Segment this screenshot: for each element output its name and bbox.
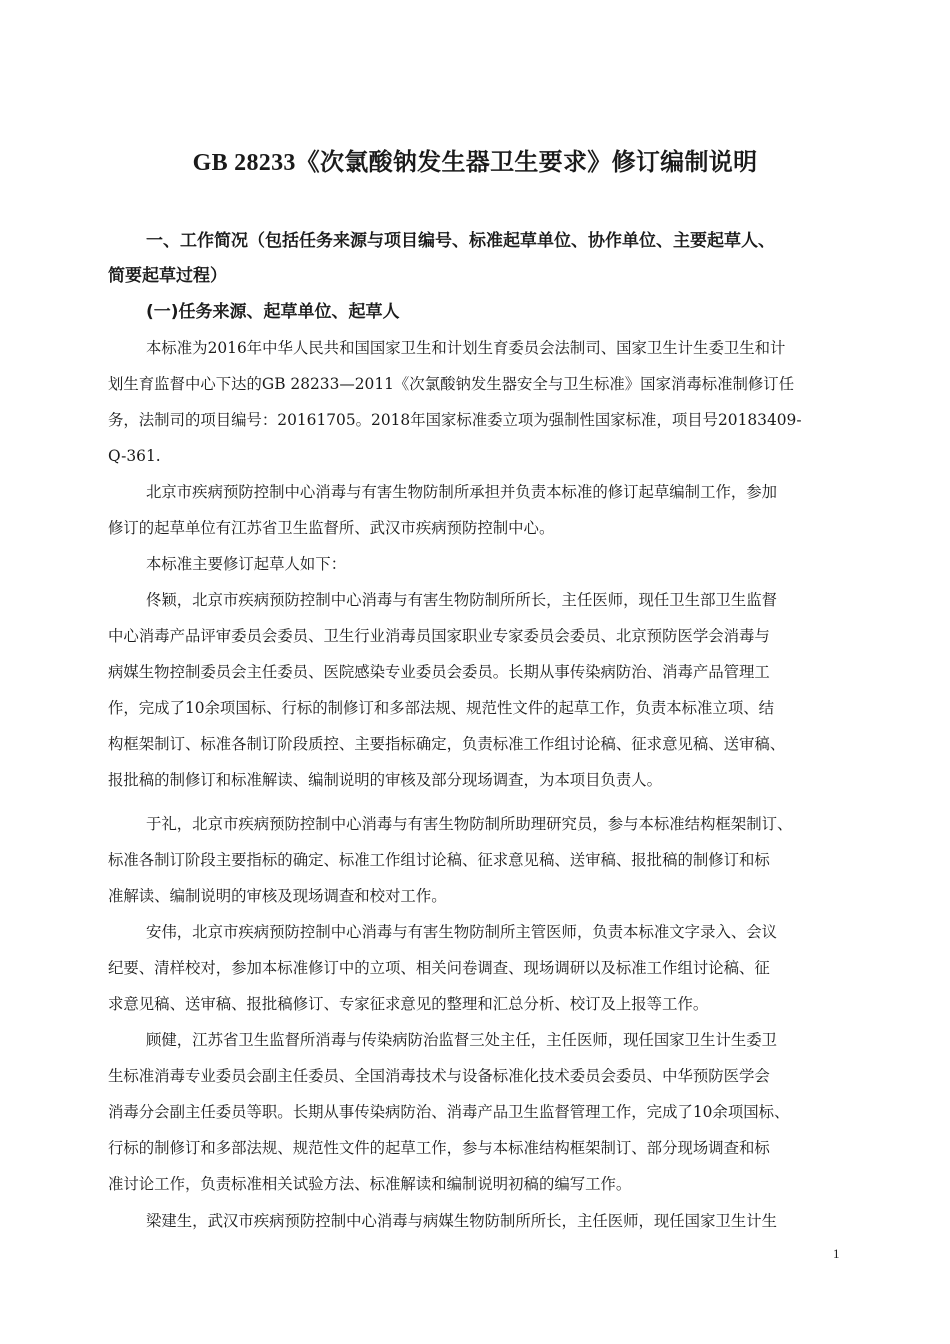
paragraph-line: 作，完成了10余项国标、行标的制修订和多部法规、规范性文件的起草工作，负责本标准… [108, 698, 774, 718]
subsection-heading: (一)任务来源、起草单位、起草人 [146, 302, 400, 322]
paragraph-line: 报批稿的制修订和标准解读、编制说明的审核及部分现场调查，为本项目负责人。 [108, 770, 662, 790]
paragraph-line: 求意见稿、送审稿、报批稿修订、专家征求意见的整理和汇总分析、校订及上报等工作。 [108, 994, 708, 1014]
paragraph-line: 行标的制修订和多部法规、规范性文件的起草工作，参与本标准结构框架制订、部分现场调… [108, 1138, 770, 1158]
paragraph-line: 纪要、清样校对，参加本标准修订中的立项、相关问卷调查、现场调研以及标准工作组讨论… [108, 958, 770, 978]
section-heading-line-2: 简要起草过程） [108, 266, 227, 286]
paragraph-line: 准讨论工作，负责标准相关试验方法、标准解读和编制说明初稿的编写工作。 [108, 1174, 631, 1194]
paragraph-line: 构框架制订、标准各制订阶段质控、主要指标确定，负责标准工作组讨论稿、征求意见稿、… [108, 734, 785, 754]
paragraph-line: 修订的起草单位有江苏省卫生监督所、武汉市疾病预防控制中心。 [108, 518, 554, 538]
paragraph-line: 梁建生，武汉市疾病预防控制中心消毒与病媒生物防制所所长，主任医师，现任国家卫生计… [146, 1211, 777, 1231]
paragraph-line: 佟颖，北京市疾病预防控制中心消毒与有害生物防制所所长，主任医师，现任卫生部卫生监… [146, 590, 777, 610]
paragraph-line: 安伟，北京市疾病预防控制中心消毒与有害生物防制所主管医师，负责本标准文字录入、会… [146, 922, 777, 942]
paragraph-line: 消毒分会副主任委员等职。长期从事传染病防治、消毒产品卫生监督管理工作，完成了10… [108, 1102, 789, 1122]
paragraph-line: 中心消毒产品评审委员会委员、卫生行业消毒员国家职业专家委员会委员、北京预防医学会… [108, 626, 770, 646]
paragraph-line: 本标准主要修订起草人如下： [146, 554, 346, 574]
paragraph-line: 务，法制司的项目编号：20161705。2018年国家标准委立项为强制性国家标准… [108, 410, 802, 430]
document-title: GB 28233《次氯酸钠发生器卫生要求》修订编制说明 [0, 146, 950, 180]
paragraph-line: 标准各制订阶段主要指标的确定、标准工作组讨论稿、征求意见稿、送审稿、报批稿的制修… [108, 850, 770, 870]
paragraph-line: 本标准为2016年中华人民共和国国家卫生和计划生育委员会法制司、国家卫生计生委卫… [146, 338, 785, 358]
page-number: 1 [833, 1246, 840, 1262]
paragraph-line: 准解读、编制说明的审核及现场调查和校对工作。 [108, 886, 447, 906]
paragraph-line: 顾健，江苏省卫生监督所消毒与传染病防治监督三处主任，主任医师，现任国家卫生计生委… [146, 1030, 777, 1050]
document-page: GB 28233《次氯酸钠发生器卫生要求》修订编制说明 一、工作简况（包括任务来… [0, 0, 950, 1344]
paragraph-line: 于礼，北京市疾病预防控制中心消毒与有害生物防制所助理研究员，参与本标准结构框架制… [146, 814, 792, 834]
paragraph-line: Q-361. [108, 446, 161, 466]
paragraph-line: 北京市疾病预防控制中心消毒与有害生物防制所承担并负责本标准的修订起草编制工作，参… [146, 482, 777, 502]
paragraph-line: 划生育监督中心下达的GB 28233—2011《次氯酸钠发生器安全与卫生标准》国… [108, 374, 794, 394]
section-heading-line-1: 一、工作简况（包括任务来源与项目编号、标准起草单位、协作单位、主要起草人、 [146, 231, 775, 251]
paragraph-line: 病媒生物控制委员会主任委员、医院感染专业委员会委员。长期从事传染病防治、消毒产品… [108, 662, 770, 682]
paragraph-line: 生标准消毒专业委员会副主任委员、全国消毒技术与设备标准化技术委员会委员、中华预防… [108, 1066, 770, 1086]
